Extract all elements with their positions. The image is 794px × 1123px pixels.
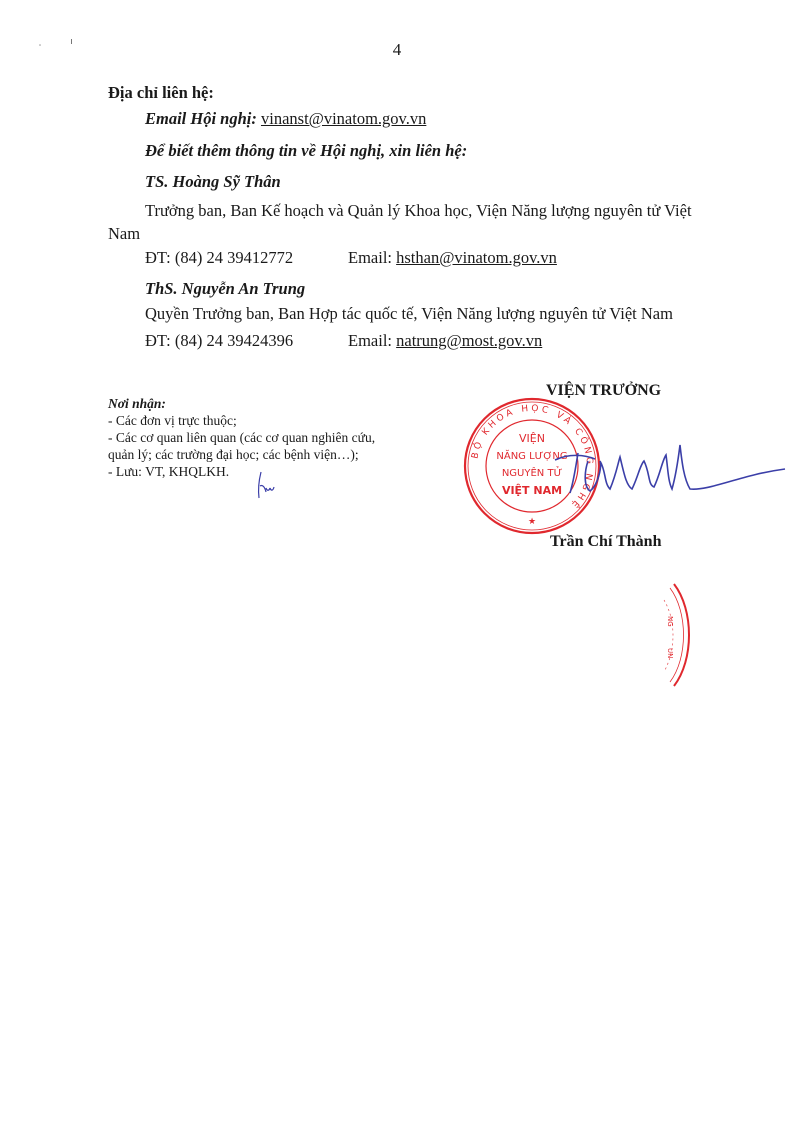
person-1-position-cont: Nam	[108, 224, 140, 244]
svg-text:UN: UN	[666, 648, 674, 658]
conference-email-label: Email Hội nghị:	[145, 109, 257, 128]
person-1-position: Trưởng ban, Ban Kế hoạch và Quản lý Khoa…	[145, 201, 692, 221]
person-2-phone: ĐT: (84) 24 39424396	[145, 331, 293, 351]
partial-stamp-mark: NG UN	[660, 580, 700, 690]
director-signature	[540, 425, 790, 505]
person-1-name: TS. Hoàng Sỹ Thân	[145, 172, 281, 192]
person-2-email-label: Email:	[348, 331, 392, 350]
person-2-name: ThS. Nguyễn An Trung	[145, 279, 305, 299]
svg-text:NG: NG	[666, 616, 674, 627]
svg-text:★: ★	[528, 517, 536, 527]
signer-name: Trần Chí Thành	[550, 533, 661, 551]
recipient-item: quản lý; các trường đại học; các bệnh vi…	[108, 446, 375, 463]
person-1-email-link[interactable]: hsthan@vinatom.gov.vn	[396, 248, 557, 267]
more-info-text: Để biết thêm thông tin về Hội nghị, xin …	[145, 141, 467, 161]
initials-signature	[255, 470, 279, 500]
contact-heading: Địa chỉ liên hệ:	[108, 83, 214, 103]
recipient-item: - Lưu: VT, KHQLKH.	[108, 463, 375, 480]
person-2-email-link[interactable]: natrung@most.gov.vn	[396, 331, 542, 350]
conference-email-line: Email Hội nghị: vinanst@vinatom.gov.vn	[145, 109, 426, 129]
recipient-item: - Các cơ quan liên quan (các cơ quan ngh…	[108, 429, 375, 446]
person-2-position: Quyền Trưởng ban, Ban Hợp tác quốc tế, V…	[145, 304, 673, 324]
person-1-email-label: Email:	[348, 248, 392, 267]
page-number: 4	[0, 40, 794, 60]
conference-email-link[interactable]: vinanst@vinatom.gov.vn	[261, 109, 426, 128]
person-2-email-line: Email: natrung@most.gov.vn	[348, 331, 542, 351]
person-1-email-line: Email: hsthan@vinatom.gov.vn	[348, 248, 557, 268]
recipients-heading: Nơi nhận:	[108, 395, 375, 412]
recipient-item: - Các đơn vị trực thuộc;	[108, 412, 375, 429]
person-1-phone: ĐT: (84) 24 39412772	[145, 248, 293, 268]
recipients-block: Nơi nhận: - Các đơn vị trực thuộc; - Các…	[108, 395, 375, 480]
